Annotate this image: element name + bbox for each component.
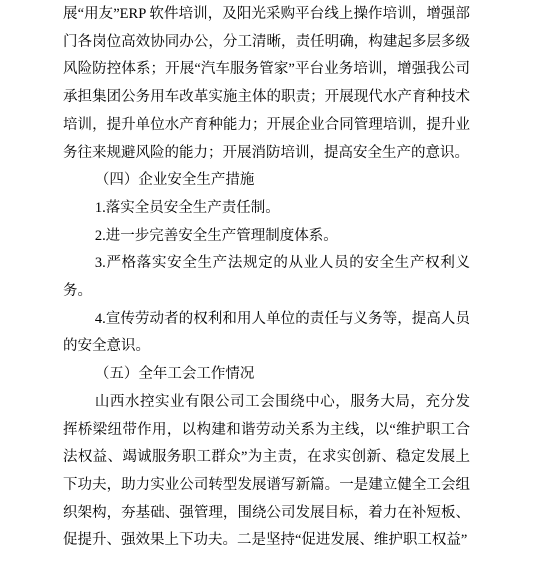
paragraph-union-work: 山西水控实业有限公司工会围绕中心，服务大局，充分发挥桥梁纽带作用，以构建和谐劳动… [63,389,470,555]
heading-section-4: （四）企业安全生产措施 [63,167,470,195]
paragraph-training-continuation: 展“用友”ERP 软件培训，及阳光采购平台线上操作培训，增强部门各岗位高效协同办… [63,1,470,167]
list-item-2: 2.进一步完善安全生产管理制度体系。 [63,223,470,251]
list-item-3: 3.严格落实安全生产法规定的从业人员的安全生产权利义务。 [63,250,470,305]
heading-section-5: （五）全年工会工作情况 [63,361,470,389]
document-page: 展“用友”ERP 软件培训，及阳光采购平台线上操作培训，增强部门各岗位高效协同办… [0,0,538,587]
document-text-block: 展“用友”ERP 软件培训，及阳光采购平台线上操作培训，增强部门各岗位高效协同办… [63,1,470,555]
list-item-1: 1.落实全员安全生产责任制。 [63,195,470,223]
list-item-4: 4.宣传劳动者的权利和用人单位的责任与义务等，提高人员的安全意识。 [63,306,470,361]
